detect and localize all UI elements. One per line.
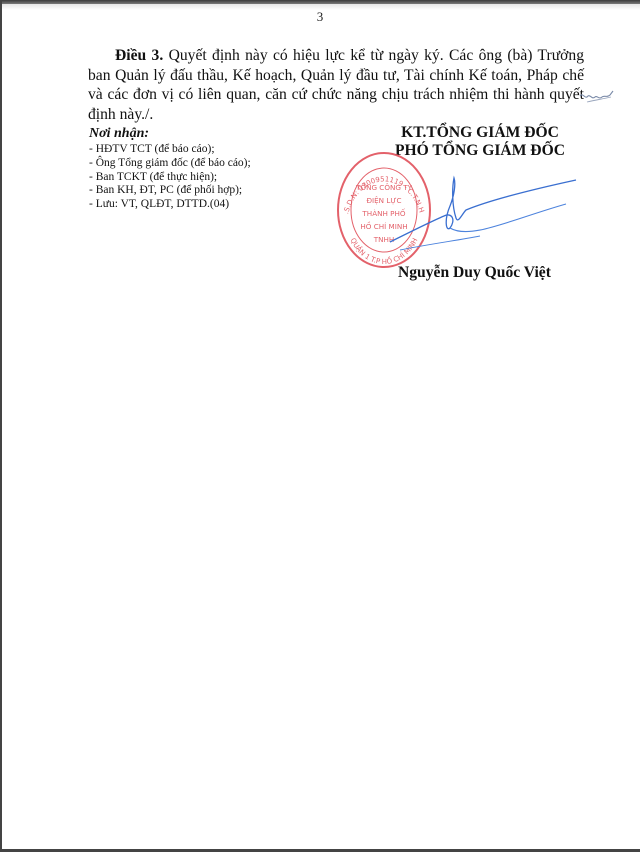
handwritten-signature-icon — [370, 170, 590, 260]
recipient-item: - Ông Tổng giám đốc (để báo cáo); — [89, 157, 251, 171]
signer-name: Nguyễn Duy Quốc Việt — [398, 264, 551, 282]
recipients-list: Nơi nhận: - HĐTV TCT (để báo cáo); - Ông… — [89, 126, 251, 212]
recipient-item: - Ban KH, ĐT, PC (để phối hợp); — [89, 184, 251, 198]
recipient-item: - Ban TCKT (để thực hiện); — [89, 171, 251, 185]
recipient-item: - HĐTV TCT (để báo cáo); — [89, 143, 251, 157]
article-paragraph: Điều 3. Quyết định này có hiệu lực kể từ… — [88, 46, 584, 124]
signer-authority: KT.TỔNG GIÁM ĐỐC — [380, 124, 580, 142]
recipients-title: Nơi nhận: — [89, 126, 251, 142]
article-text: Quyết định này có hiệu lực kể từ ngày ký… — [88, 47, 584, 123]
recipient-item: - Lưu: VT, QLĐT, DTTD.(04) — [89, 198, 251, 212]
handwritten-initials-icon — [577, 86, 617, 108]
viewer-left-border — [0, 0, 2, 852]
article-label: Điều 3. — [115, 47, 163, 64]
page-number: 3 — [0, 9, 640, 25]
